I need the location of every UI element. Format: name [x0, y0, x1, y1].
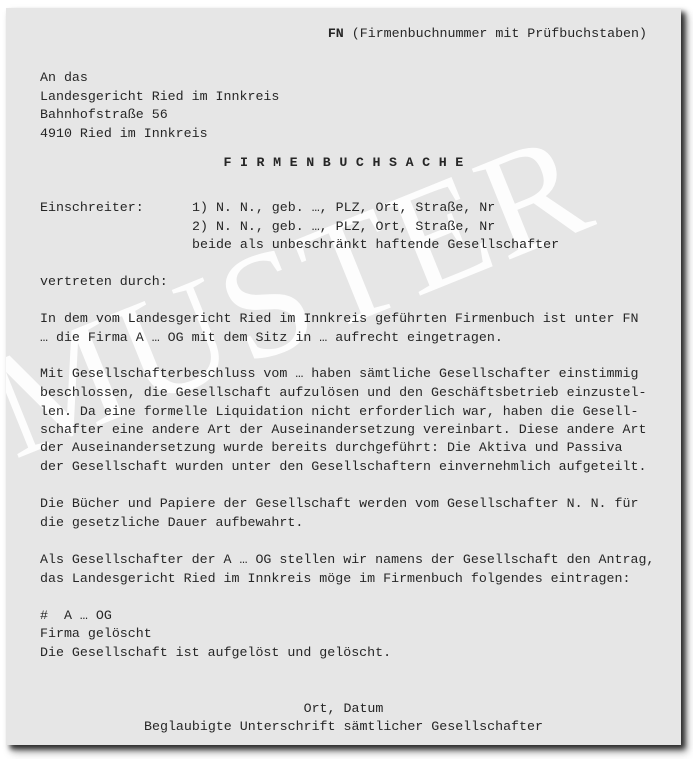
recipient-line: Bahnhofstraße 56	[40, 106, 168, 124]
recipient-line: Landesgericht Ried im Innkreis	[40, 88, 279, 106]
petitioners-label: Einschreiter:	[40, 199, 144, 217]
paragraph-line: Die Bücher und Papiere der Gesellschaft …	[40, 495, 638, 513]
paragraph-line: die gesetzliche Dauer aufbewahrt.	[40, 514, 303, 532]
entry-line: Die Gesellschaft ist aufgelöst und gelös…	[40, 644, 391, 662]
paragraph-line: … die Firma A … OG mit dem Sitz in … auf…	[40, 329, 503, 347]
recipient-line: 4910 Ried im Innkreis	[40, 125, 208, 143]
place-date: Ort, Datum	[40, 700, 647, 718]
paragraph-line: das Landesgericht Ried im Innkreis möge …	[40, 570, 630, 588]
signature-line: Beglaubigte Unterschrift sämtlicher Gese…	[40, 718, 647, 736]
paragraph-line: len. Da eine formelle Liquidation nicht …	[40, 403, 638, 421]
petitioner-entry: 1) N. N., geb. …, PLZ, Ort, Straße, Nr	[192, 199, 495, 217]
petitioners-note: beide als unbeschränkt haftende Gesellsc…	[192, 236, 559, 254]
paragraph-line: der Gesellschaft wurden unter den Gesell…	[40, 458, 646, 476]
fn-note: (Firmenbuchnummer mit Prüfbuchstaben)	[344, 26, 647, 41]
paragraph-line: Als Gesellschafter der A … OG stellen wi…	[40, 551, 654, 569]
paragraph-line: In dem vom Landesgericht Ried im Innkrei…	[40, 310, 638, 328]
fn-code: FN	[328, 26, 344, 41]
document-title: F I R M E N B U C H S A C H E	[40, 154, 647, 172]
paragraph-line: Mit Gesellschafterbeschluss vom … haben …	[40, 365, 638, 383]
paragraph-line: schafter eine andere Art der Auseinander…	[40, 421, 646, 439]
recipient-line: An das	[40, 69, 88, 87]
fn-header: FN (Firmenbuchnummer mit Prüfbuchstaben)	[328, 25, 647, 43]
document-page: MUSTER FN (Firmenbuchnummer mit Prüfbuch…	[6, 8, 681, 745]
paragraph-line: der Auseinandersetzung wurde bereits dur…	[40, 439, 623, 457]
paragraph-line: beschlossen, die Gesellschaft aufzulösen…	[40, 384, 646, 402]
represented-by: vertreten durch:	[40, 273, 168, 291]
entry-line: Firma gelöscht	[40, 625, 152, 643]
petitioner-entry: 2) N. N., geb. …, PLZ, Ort, Straße, Nr	[192, 218, 495, 236]
entry-line: # A … OG	[40, 607, 112, 625]
